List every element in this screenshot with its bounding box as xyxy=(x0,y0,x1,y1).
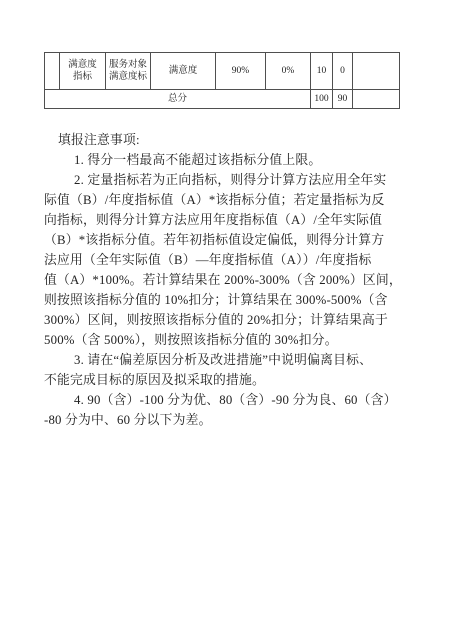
table-row-total: 总分 100 90 xyxy=(45,90,400,109)
document-page: 满意度 指标 服务对象 满意度标 满意度 90% 0% 10 0 总分 100 … xyxy=(0,0,451,638)
notes-line: -80 分为中、60 分以下为差。 xyxy=(44,410,384,430)
cell-target-value: 90% xyxy=(216,53,266,90)
score-table: 满意度 指标 服务对象 满意度标 满意度 90% 0% 10 0 总分 100 … xyxy=(44,52,400,109)
notes-section: 填报注意事项: 1. 得分一档最高不能超过该指标分值上限。 2. 定量指标若为正… xyxy=(44,130,384,430)
cell-total-full-score: 100 xyxy=(311,90,333,109)
notes-line: 法应用（全年实际值（B）—年度指标值（A））/年度指标 xyxy=(44,250,384,270)
notes-line: 则按照该指标分值的 10%扣分；计算结果在 300%-500%（含 xyxy=(44,290,384,310)
cell-score: 0 xyxy=(333,53,353,90)
cell-metric-name: 满意度 xyxy=(151,53,216,90)
cell-total-remark xyxy=(353,90,400,109)
notes-line: 1. 得分一档最高不能超过该指标分值上限。 xyxy=(44,150,384,170)
cell-remark xyxy=(353,53,400,90)
notes-line: 向指标，则得分计算方法应用年度指标值（A）/全年实际值 xyxy=(44,210,384,230)
cell-blank-left xyxy=(45,53,60,90)
notes-line: 不能完成目标的原因及拟采取的措施。 xyxy=(44,370,384,390)
cell-total-score: 90 xyxy=(333,90,353,109)
notes-line: 4. 90（含）-100 分为优、80（含）-90 分为良、60（含） xyxy=(44,390,384,410)
notes-line: （B）*该指标分值。若年初指标值设定偏低，则得分计算方 xyxy=(44,230,384,250)
cell-total-label: 总分 xyxy=(45,90,311,109)
notes-line: 300%）区间，则按照该指标分值的 20%扣分；计算结果高于 xyxy=(44,310,384,330)
notes-line: 际值（B）/年度指标值（A）*该指标分值；若定量指标为反 xyxy=(44,190,384,210)
notes-title: 填报注意事项: xyxy=(44,130,384,150)
table-row-indicator: 满意度 指标 服务对象 满意度标 满意度 90% 0% 10 0 xyxy=(45,53,400,90)
cell-indicator-name: 服务对象 满意度标 xyxy=(106,53,151,90)
notes-line: 500%（含 500%），则按照该指标分值的 30%扣分。 xyxy=(44,330,384,350)
cell-indicator-type: 满意度 指标 xyxy=(60,53,106,90)
notes-line: 2. 定量指标若为正向指标，则得分计算方法应用全年实 xyxy=(44,170,384,190)
cell-actual-value: 0% xyxy=(266,53,311,90)
cell-full-score: 10 xyxy=(311,53,333,90)
notes-line: 3. 请在“偏差原因分析及改进措施”中说明偏离目标、 xyxy=(44,350,384,370)
notes-line: 值（A）*100%。若计算结果在 200%-300%（含 200%）区间， xyxy=(44,270,384,290)
